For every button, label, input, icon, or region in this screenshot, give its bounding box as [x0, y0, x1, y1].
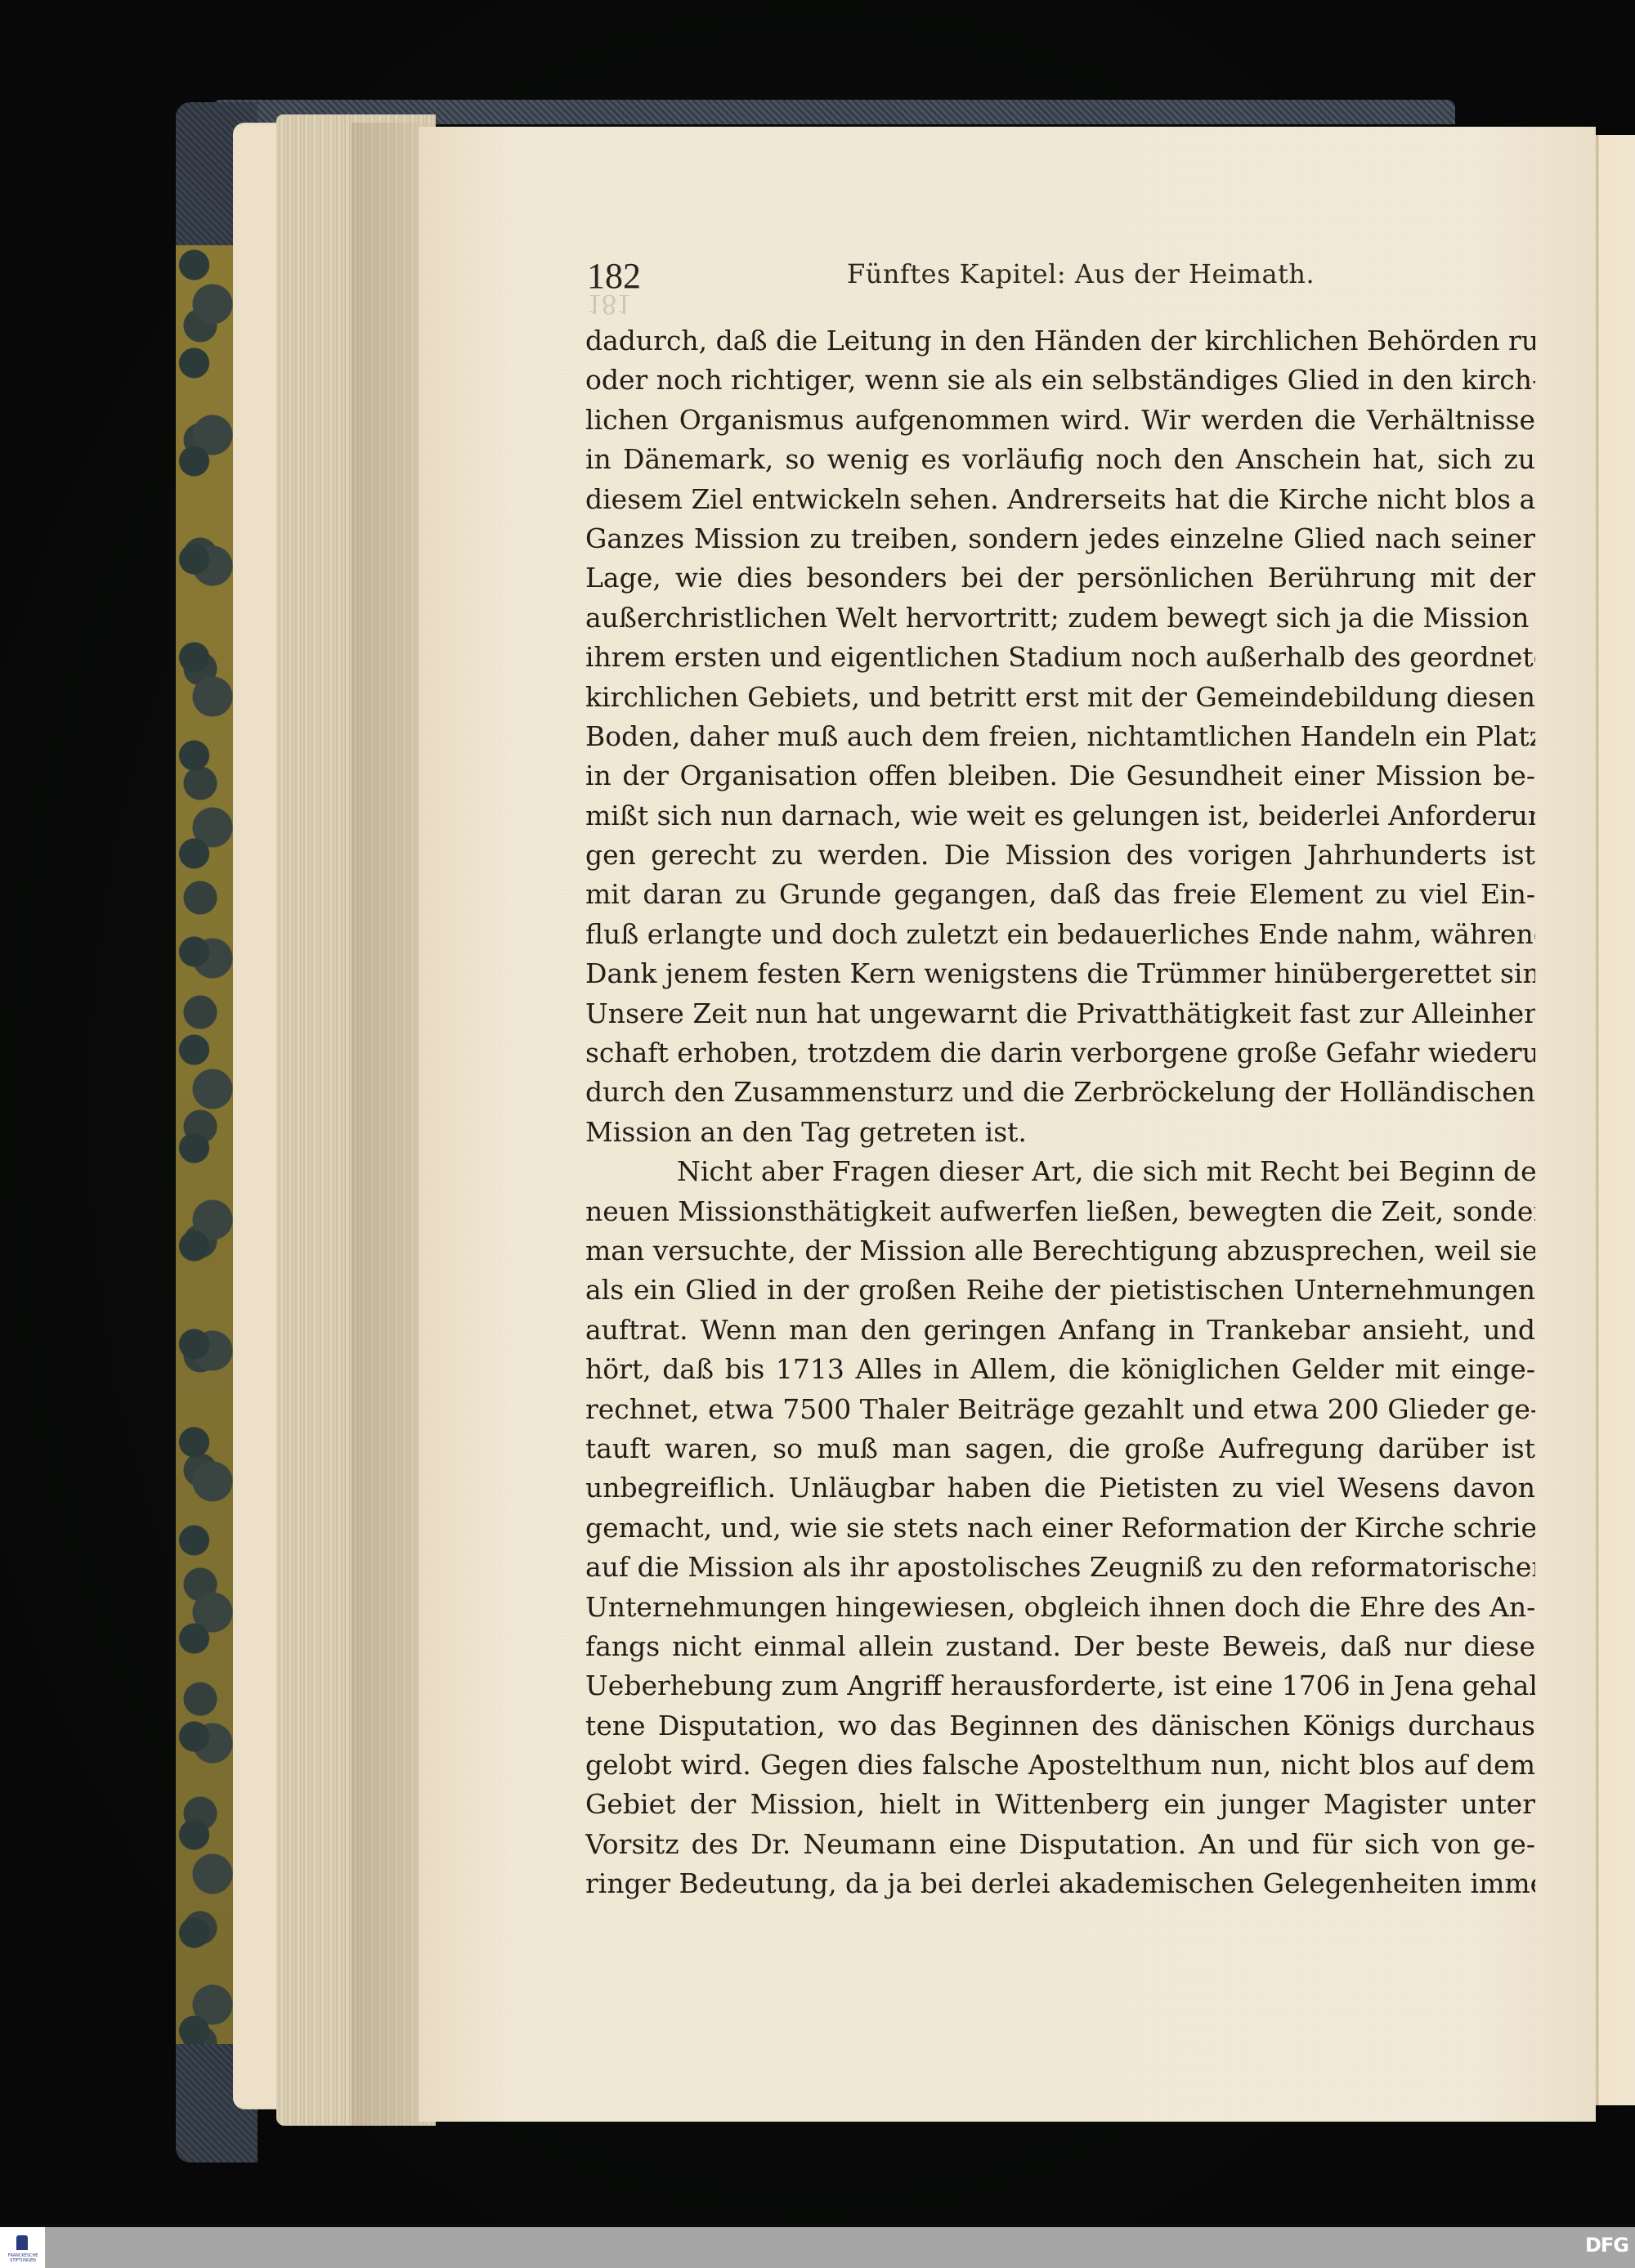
paragraph-end-line: Mission an den Tag getreten ist. — [585, 1113, 1535, 1152]
text-line: außerchristlichen Welt hervortritt; zude… — [585, 598, 1535, 638]
viewer-footer-bar: FRANCKESCHE STIFTUNGEN DFG — [0, 2227, 1635, 2268]
text-line: Dank jenem festen Kern wenigstens die Tr… — [585, 954, 1535, 993]
text-line: tauft waren, so muß man sagen, die große… — [585, 1429, 1535, 1468]
text-line: Gebiet der Mission, hielt in Wittenberg … — [585, 1785, 1535, 1824]
text-line: diesem Ziel entwickeln sehen. Andrerseit… — [585, 480, 1535, 519]
institution-figure-icon — [16, 2235, 28, 2250]
marbled-cover-board — [176, 245, 237, 2044]
paragraph-start-line: Nicht aber Fragen dieser Art, die sich m… — [585, 1152, 1535, 1191]
bleed-through-page-number: 181 — [587, 288, 631, 322]
text-line: gelobt wird. Gegen dies falsche Apostelt… — [585, 1746, 1535, 1785]
scan-background: 182 Fünftes Kapitel: Aus der Heimath. 18… — [0, 0, 1635, 2224]
text-line: hört, daß bis 1713 Alles in Allem, die k… — [585, 1350, 1535, 1389]
text-line: man versuchte, der Mission alle Berechti… — [585, 1231, 1535, 1271]
text-line: in der Organisation offen bleiben. Die G… — [585, 756, 1535, 796]
text-line: fluß erlangte und doch zuletzt ein bedau… — [585, 915, 1535, 954]
text-line: mißt sich nun darnach, wie weit es gelun… — [585, 796, 1535, 836]
facing-page-edge — [1596, 135, 1635, 2105]
text-line: Lage, wie dies besonders bei der persönl… — [585, 558, 1535, 598]
text-line: als ein Glied in der großen Reihe der pi… — [585, 1271, 1535, 1310]
running-head: 182 Fünftes Kapitel: Aus der Heimath. — [587, 255, 1535, 294]
text-line: lichen Organismus aufgenommen wird. Wir … — [585, 401, 1535, 440]
text-line: durch den Zusammensturz und die Zerbröck… — [585, 1073, 1535, 1112]
dfg-logo[interactable]: DFG — [1585, 2234, 1628, 2257]
text-line: unbegreiflich. Unläugbar haben die Pieti… — [585, 1468, 1535, 1508]
body-text: dadurch, daß die Leitung in den Händen d… — [585, 321, 1535, 1904]
text-line: fangs nicht einmal allein zustand. Der b… — [585, 1627, 1535, 1666]
text-line: neuen Missionsthätigkeit aufwerfen ließe… — [585, 1192, 1535, 1231]
franckesche-stiftungen-logo[interactable]: FRANCKESCHE STIFTUNGEN — [0, 2227, 45, 2268]
text-line: gen gerecht zu werden. Die Mission des v… — [585, 836, 1535, 875]
text-line: gemacht, und, wie sie stets nach einer R… — [585, 1508, 1535, 1548]
text-line: auftrat. Wenn man den geringen Anfang in… — [585, 1311, 1535, 1350]
text-line: in Dänemark, so wenig es vorläufig noch … — [585, 440, 1535, 479]
text-line: ihrem ersten und eigentlichen Stadium no… — [585, 638, 1535, 677]
logo-text: FRANCKESCHE STIFTUNGEN — [2, 2253, 43, 2263]
text-line: dadurch, daß die Leitung in den Händen d… — [585, 321, 1535, 361]
text-line: Unternehmungen hingewiesen, obgleich ihn… — [585, 1588, 1535, 1627]
text-line: auf die Mission als ihr apostolisches Ze… — [585, 1548, 1535, 1587]
text-line: kirchlichen Gebiets, und betritt erst mi… — [585, 678, 1535, 717]
text-line: oder noch richtiger, wenn sie als ein se… — [585, 361, 1535, 400]
text-line: Ganzes Mission zu treiben, sondern jedes… — [585, 519, 1535, 558]
text-line: schaft erhoben, trotzdem die darin verbo… — [585, 1033, 1535, 1073]
text-line: Boden, daher muß auch dem freien, nichta… — [585, 717, 1535, 756]
text-line: ringer Bedeutung, da ja bei derlei akade… — [585, 1864, 1535, 1903]
text-line: tene Disputation, wo das Beginnen des dä… — [585, 1706, 1535, 1746]
chapter-title: Fünftes Kapitel: Aus der Heimath. — [847, 258, 1315, 289]
text-line: Unsere Zeit nun hat ungewarnt die Privat… — [585, 994, 1535, 1033]
text-line: Ueberhebung zum Angriff herausforderte, … — [585, 1666, 1535, 1705]
endpaper — [233, 123, 282, 2109]
text-line: Vorsitz des Dr. Neumann eine Disputation… — [585, 1825, 1535, 1864]
text-line: mit daran zu Grunde gegangen, daß das fr… — [585, 875, 1535, 914]
text-line: rechnet, etwa 7500 Thaler Beiträge gezah… — [585, 1390, 1535, 1429]
